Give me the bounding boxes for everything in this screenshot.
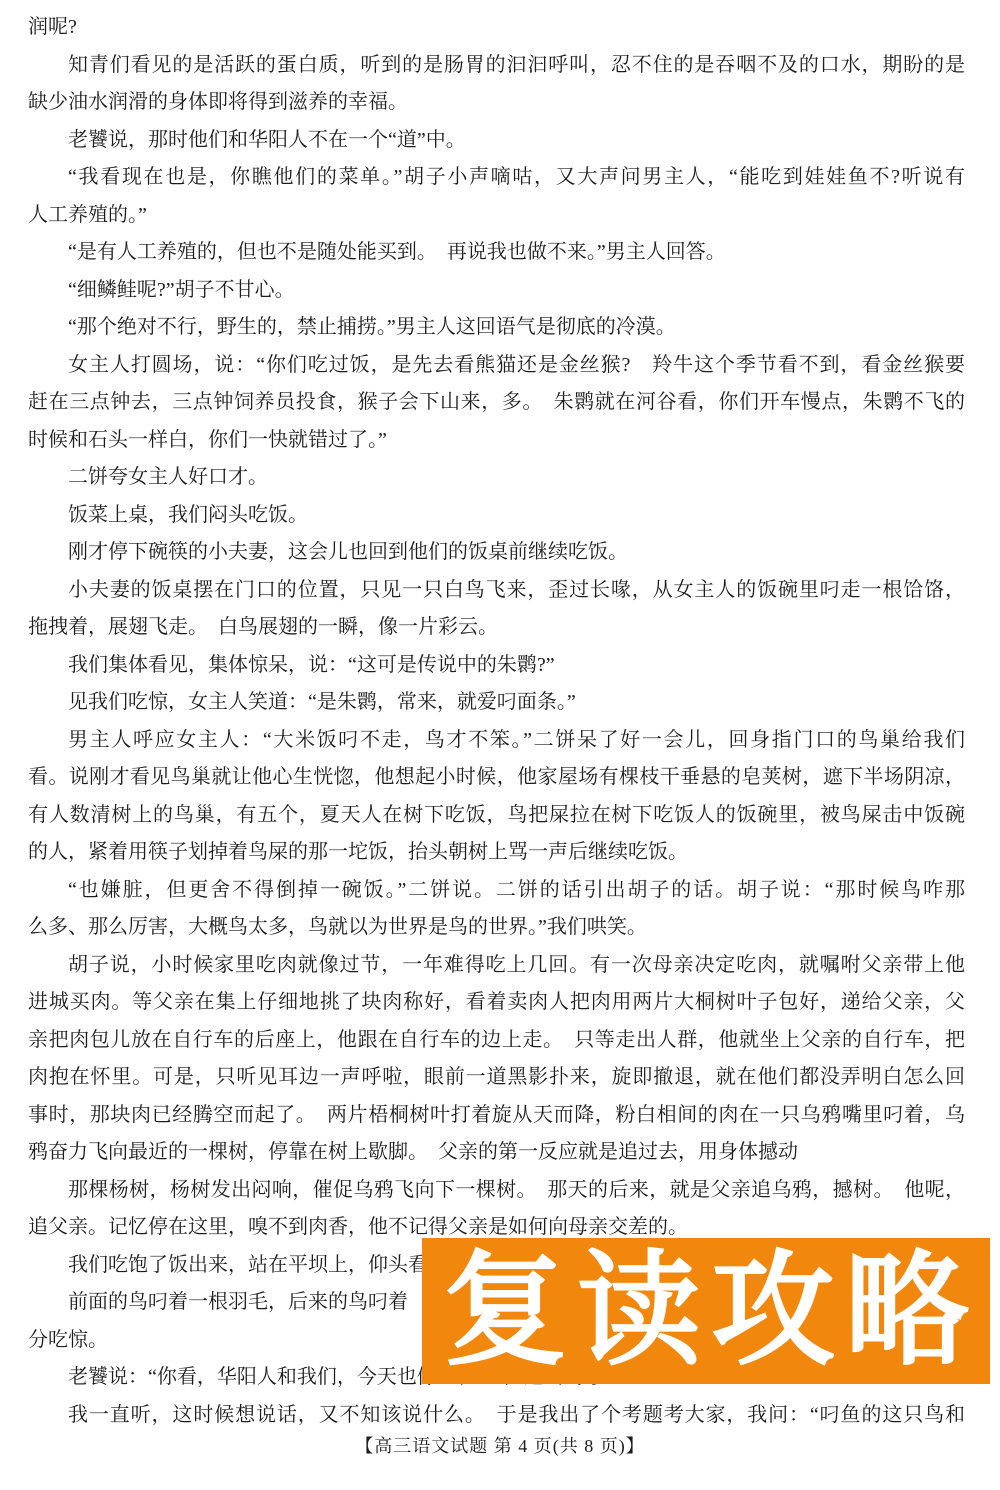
text-line: 饭菜上桌，我们闷头吃饭。 xyxy=(28,497,965,535)
text-line: 刚才停下碗筷的小夫妻，这会儿也回到他们的饭桌前继续吃饭。 xyxy=(28,534,965,572)
text-line: “也嫌脏，但更舍不得倒掉一碗饭。”二饼说。二饼的话引出胡子的话。胡子说：“那时候… xyxy=(28,872,965,910)
body-text: 润呢?知青们看见的是活跃的蛋白质，听到的是肠胃的汩汩呼叫，忍不住的是吞咽不及的口… xyxy=(28,9,965,1434)
page-footer: 【高三语文试题 第 4 页(共 8 页)】 xyxy=(0,1432,1000,1460)
text-line: 润呢? xyxy=(28,9,965,47)
banner-label: 复读攻略 xyxy=(433,1249,979,1373)
text-line: “细鳞鲑呢?”胡子不甘心。 xyxy=(28,272,965,310)
text-line: 我们集体看见，集体惊呆，说：“这可是传说中的朱鹮?” xyxy=(28,647,965,685)
text-line: 么多、那么厉害，大概鸟太多，鸟就以为世界是鸟的世界。”我们哄笑。 xyxy=(28,909,965,947)
text-line: 拖拽着，展翅飞走。 白鸟展翅的一瞬，像一片彩云。 xyxy=(28,609,965,647)
text-line: 鸦奋力飞向最近的一棵树，停靠在树上歇脚。 父亲的第一反应就是追过去，用身体撼动 xyxy=(28,1134,965,1172)
text-line: 男主人呼应女主人：“大米饭叼不走，鸟才不笨。”二饼呆了好一会儿，回身指门口的鸟巢… xyxy=(28,722,965,760)
text-line: 看。说刚才看见鸟巢就让他心生恍惚，他想起小时候，他家屋场有棵枝干垂悬的皂荚树，遮… xyxy=(28,759,965,797)
text-line: 小夫妻的饭桌摆在门口的位置，只见一只白鸟飞来，歪过长喙，从女主人的饭碗里叼走一根… xyxy=(28,572,965,610)
text-line: 事时，那块肉已经腾空而起了。 两片梧桐树叶打着旋从天而降，粉白相间的肉在一只乌鸦… xyxy=(28,1097,965,1135)
text-line: 老饕说，那时他们和华阳人不在一个“道”中。 xyxy=(28,122,965,160)
text-line: 见我们吃惊，女主人笑道：“是朱鹮，常来，就爱叼面条。” xyxy=(28,684,965,722)
text-line: 二饼夸女主人好口才。 xyxy=(28,459,965,497)
text-line: 有人数清树上的鸟巢，有五个，夏天人在树下吃饭，鸟把屎拉在树下吃饭人的饭碗里，被鸟… xyxy=(28,797,965,835)
text-line: 的人，紧着用筷子划掉着鸟屎的那一坨饭，抬头朝树上骂一声后继续吃饭。 xyxy=(28,834,965,872)
text-line: 胡子说，小时候家里吃肉就像过节，一年难得吃上几回。有一次母亲决定吃肉，就嘱咐父亲… xyxy=(28,947,965,985)
text-line: 赶在三点钟去，三点钟饲养员投食，猴子会下山来，多。 朱鹮就在河谷看，你们开车慢点… xyxy=(28,384,965,422)
text-line: 知青们看见的是活跃的蛋白质，听到的是肠胃的汩汩呼叫，忍不住的是吞咽不及的口水，期… xyxy=(28,47,965,85)
text-line: “那个绝对不行，野生的，禁止捕捞。”男主人这回语气是彻底的冷漠。 xyxy=(28,309,965,347)
text-line: 我一直听，这时候想说话，又不知该说什么。 于是我出了个考题考大家，我问：“叼鱼的… xyxy=(28,1397,965,1435)
text-line: 人工养殖的。” xyxy=(28,197,965,235)
text-line: 时候和石头一样白，你们一快就错过了。” xyxy=(28,422,965,460)
text-line: 女主人打圆场，说：“你们吃过饭，是先去看熊猫还是金丝猴? 羚牛这个季节看不到，看… xyxy=(28,347,965,385)
watermark-banner: 复读攻略 xyxy=(422,1238,990,1384)
text-line: 亲把肉包儿放在自行车的后座上，他跟在自行车的边上走。 只等走出人群，他就坐上父亲… xyxy=(28,1022,965,1060)
text-line: 肉抱在怀里。可是，只听见耳边一声呼啦，眼前一道黑影扑来，旋即撤退，就在他们都没弄… xyxy=(28,1059,965,1097)
document-page: 润呢?知青们看见的是活跃的蛋白质，听到的是肠胃的汩汩呼叫，忍不住的是吞咽不及的口… xyxy=(0,0,1000,1490)
text-line: 进城买肉。等父亲在集上仔细地挑了块肉称好，看着卖肉人把肉用两片大桐树叶子包好，递… xyxy=(28,984,965,1022)
text-line: 缺少油水润滑的身体即将得到滋养的幸福。 xyxy=(28,84,965,122)
text-line: “我看现在也是，你瞧他们的菜单。”胡子小声嘀咕，又大声问男主人，“能吃到娃娃鱼不… xyxy=(28,159,965,197)
text-line: 那棵杨树，杨树发出闷响，催促乌鸦飞向下一棵树。 那天的后来，就是父亲追乌鸦，撼树… xyxy=(28,1172,965,1210)
text-line: “是有人工养殖的，但也不是随处能买到。 再说我也做不来。”男主人回答。 xyxy=(28,234,965,272)
